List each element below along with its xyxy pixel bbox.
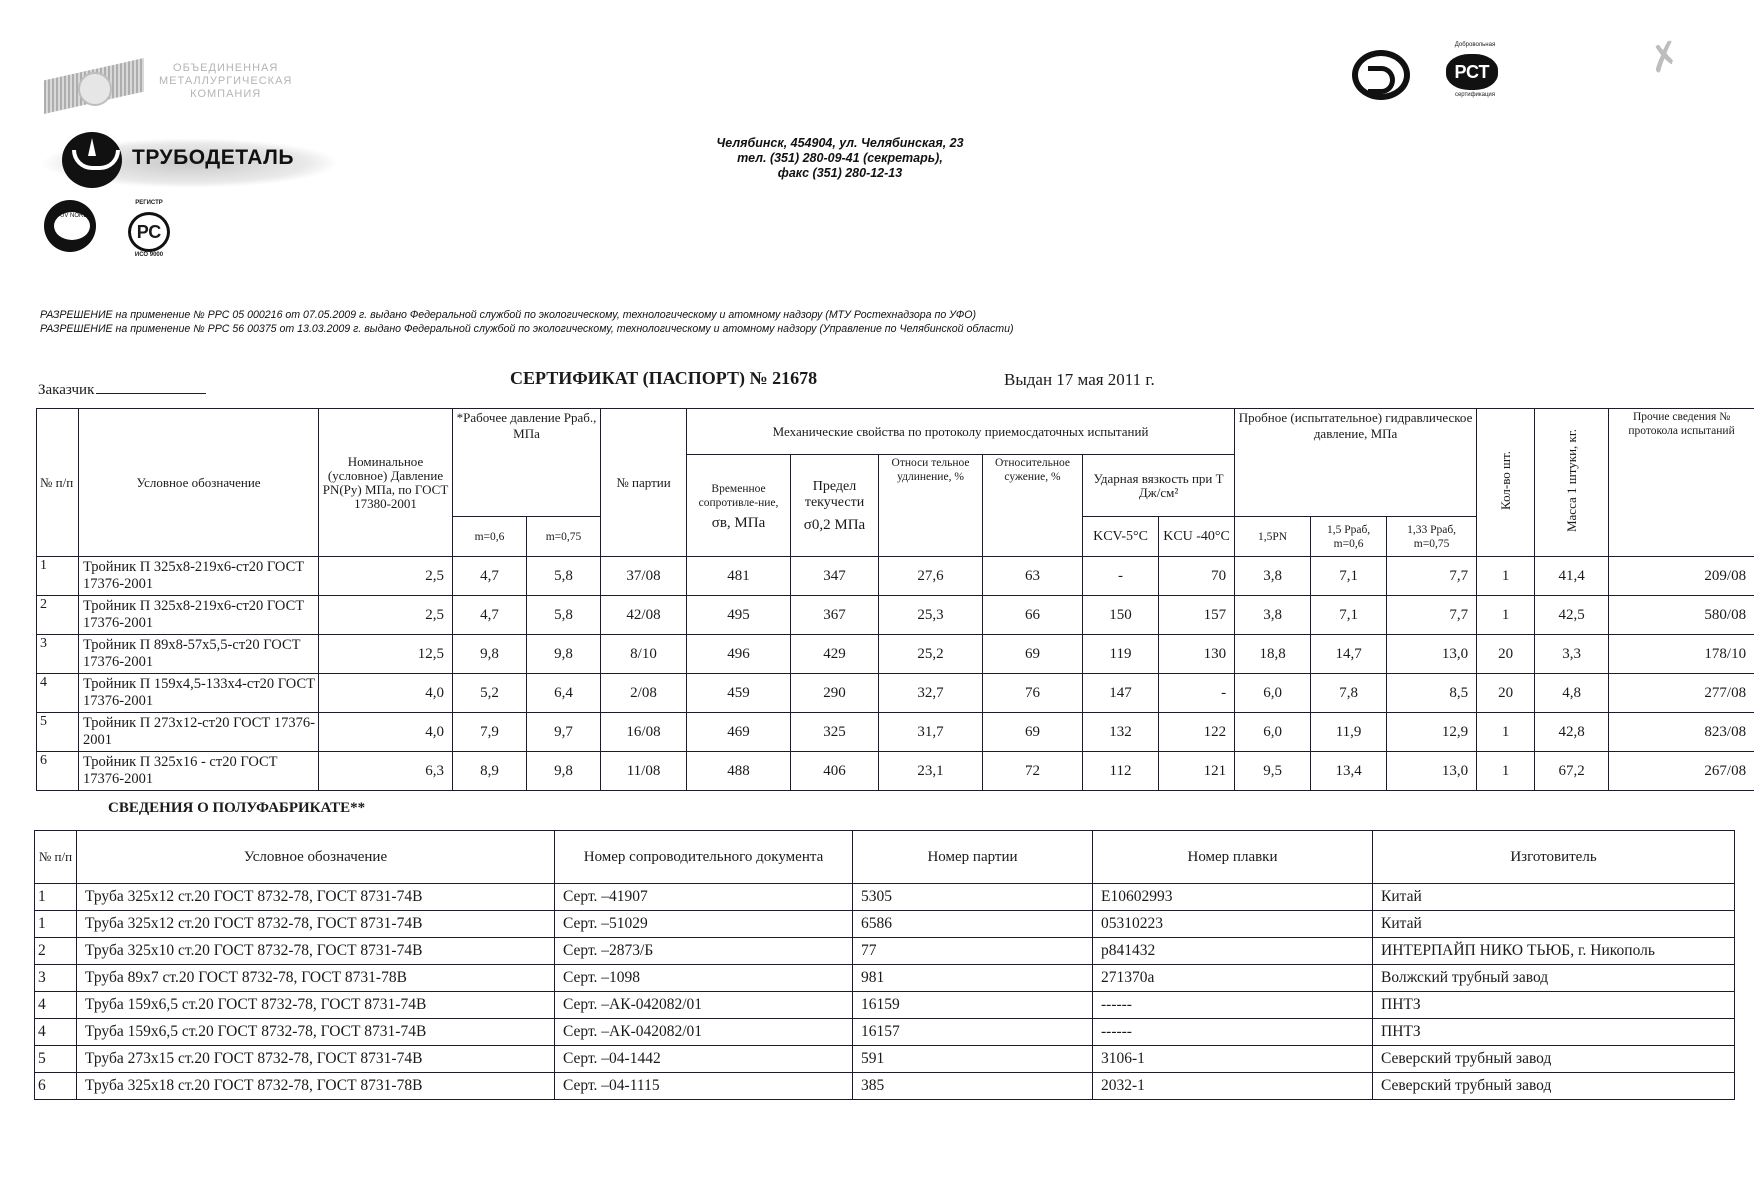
col-header-heat: Номер плавки xyxy=(1093,831,1373,884)
cell-n: 4 xyxy=(35,992,77,1019)
col-header-test-pressure: Пробное (испытательное) гидравлическое д… xyxy=(1235,409,1477,517)
cell-kcv: 150 xyxy=(1083,596,1159,635)
cell-p15: 7,1 xyxy=(1311,557,1387,596)
cell-batch: 2/08 xyxy=(601,674,687,713)
cell-mass: 4,8 xyxy=(1535,674,1609,713)
cell-name: Труба 159х6,5 ст.20 ГОСТ 8732-78, ГОСТ 8… xyxy=(77,1019,555,1046)
cell-heat: 271370a xyxy=(1093,965,1373,992)
cell-heat: 05310223 xyxy=(1093,911,1373,938)
table-row: 1Тройник П 325х8-219х6-ст20 ГОСТ 17376-2… xyxy=(37,557,1754,596)
cell-pn: 12,5 xyxy=(319,635,453,674)
cell-p15pn: 3,8 xyxy=(1235,596,1311,635)
cell-elong: 23,1 xyxy=(879,752,983,791)
cell-batch: 37/08 xyxy=(601,557,687,596)
cell-tensile: 496 xyxy=(687,635,791,674)
cell-kcv: 112 xyxy=(1083,752,1159,791)
cell-doc: Серт. –АК-042082/01 xyxy=(555,992,853,1019)
permits-block: РАЗРЕШЕНИЕ на применение № РРС 05 000216… xyxy=(40,308,1240,336)
cell-w06: 4,7 xyxy=(453,557,527,596)
company-address: Челябинск, 454904, ул. Челябинская, 23 т… xyxy=(650,136,1030,181)
cell-kcv: - xyxy=(1083,557,1159,596)
cell-kcu: 122 xyxy=(1159,713,1235,752)
cell-batch: 16157 xyxy=(853,1019,1093,1046)
col-header-tp-15pn: 1,5PN xyxy=(1235,517,1311,557)
cell-batch: 11/08 xyxy=(601,752,687,791)
cell-batch: 42/08 xyxy=(601,596,687,635)
col-header-reduction: Относительное сужение, % xyxy=(983,455,1083,557)
cell-tensile: 481 xyxy=(687,557,791,596)
table-row: 1Труба 325х12 ст.20 ГОСТ 8732-78, ГОСТ 8… xyxy=(35,884,1735,911)
cell-protocol: 209/08 xyxy=(1609,557,1754,596)
cell-w075: 9,8 xyxy=(527,635,601,674)
col-header-wp-m06: m=0,6 xyxy=(453,517,527,557)
cell-yield: 429 xyxy=(791,635,879,674)
cell-pn: 6,3 xyxy=(319,752,453,791)
col-header-manufacturer: Изготовитель xyxy=(1373,831,1735,884)
cell-kcv: 132 xyxy=(1083,713,1159,752)
col-header-mass: Масса 1 штуки, кг. xyxy=(1535,409,1609,557)
omk-logo-text: ОБЪЕДИНЕННАЯ МЕТАЛЛУРГИЧЕСКАЯ КОМПАНИЯ xyxy=(159,62,292,101)
cell-doc: Серт. –АК-042082/01 xyxy=(555,1019,853,1046)
cell-w06: 7,9 xyxy=(453,713,527,752)
cell-p15pn: 6,0 xyxy=(1235,674,1311,713)
table-row: 2Труба 325х10 ст.20 ГОСТ 8732-78, ГОСТ 8… xyxy=(35,938,1735,965)
products-table: № п/п Условное обозначение Номинальное (… xyxy=(36,408,1754,791)
cell-name: Труба 325х10 ст.20 ГОСТ 8732-78, ГОСТ 87… xyxy=(77,938,555,965)
cell-elong: 31,7 xyxy=(879,713,983,752)
cell-kcv: 119 xyxy=(1083,635,1159,674)
certificate-title: СЕРТИФИКАТ (ПАСПОРТ) № 21678 xyxy=(510,368,817,389)
cell-kcu: 157 xyxy=(1159,596,1235,635)
cell-maker: Волжский трубный завод xyxy=(1373,965,1735,992)
cell-maker: ИНТЕРПАЙП НИКО ТЬЮБ, г. Никополь xyxy=(1373,938,1735,965)
cell-n: 1 xyxy=(37,557,79,596)
cell-name: Тройник П 325х8-219х6-ст20 ГОСТ 17376-20… xyxy=(79,557,319,596)
cell-name: Тройник П 325х8-219х6-ст20 ГОСТ 17376-20… xyxy=(79,596,319,635)
cell-n: 2 xyxy=(37,596,79,635)
cell-qty: 20 xyxy=(1477,635,1535,674)
issue-date: Выдан 17 мая 2011 г. xyxy=(1004,370,1155,390)
cell-doc: Серт. –1098 xyxy=(555,965,853,992)
cell-p15: 7,8 xyxy=(1311,674,1387,713)
cell-maker: ПНТЗ xyxy=(1373,1019,1735,1046)
cell-kcu: - xyxy=(1159,674,1235,713)
cell-mass: 42,8 xyxy=(1535,713,1609,752)
cell-doc: Серт. –04-1115 xyxy=(555,1073,853,1100)
col-header-batch: № партии xyxy=(601,409,687,557)
table-row: 6Тройник П 325х16 - ст20 ГОСТ 17376-2001… xyxy=(37,752,1754,791)
omk-group-logo: ОБЪЕДИНЕННАЯ МЕТАЛЛУРГИЧЕСКАЯ КОМПАНИЯ xyxy=(44,50,344,120)
cell-heat: ------ xyxy=(1093,1019,1373,1046)
tuv-certification-badge-icon: TÜV NORD xyxy=(44,200,96,252)
rst-mark-icon: РС xyxy=(128,212,170,252)
permit-line: РАЗРЕШЕНИЕ на применение № РРС 56 00375 … xyxy=(40,322,1240,336)
cell-qty: 20 xyxy=(1477,674,1535,713)
cell-heat: ------ xyxy=(1093,992,1373,1019)
cell-w06: 9,8 xyxy=(453,635,527,674)
col-header-batch: Номер партии xyxy=(853,831,1093,884)
cell-protocol: 823/08 xyxy=(1609,713,1754,752)
cell-maker: ПНТЗ xyxy=(1373,992,1735,1019)
col-header-wp-m075: m=0,75 xyxy=(527,517,601,557)
col-header-index: № п/п xyxy=(37,409,79,557)
cell-n: 5 xyxy=(37,713,79,752)
cell-pn: 4,0 xyxy=(319,713,453,752)
col-header-quantity: Кол-во шт. xyxy=(1477,409,1535,557)
cell-batch: 77 xyxy=(853,938,1093,965)
cell-n: 1 xyxy=(35,884,77,911)
cell-p133: 7,7 xyxy=(1387,557,1477,596)
cell-reduct: 63 xyxy=(983,557,1083,596)
cell-name: Труба 325х12 ст.20 ГОСТ 8732-78, ГОСТ 87… xyxy=(77,911,555,938)
trubodetal-emblem-icon xyxy=(62,132,122,188)
table-row: 5Труба 273х15 ст.20 ГОСТ 8732-78, ГОСТ 8… xyxy=(35,1046,1735,1073)
cell-kcv: 147 xyxy=(1083,674,1159,713)
cell-w06: 4,7 xyxy=(453,596,527,635)
cell-batch: 981 xyxy=(853,965,1093,992)
cell-name: Труба 325х18 ст.20 ГОСТ 8732-78, ГОСТ 87… xyxy=(77,1073,555,1100)
cell-yield: 325 xyxy=(791,713,879,752)
voluntary-certification-badge: Добровольная РСТ сертификация xyxy=(1440,42,1510,102)
omk-circle-icon xyxy=(78,72,112,106)
col-header-tp-133: 1,33 Рраб, m=0,75 xyxy=(1387,517,1477,557)
cell-doc: Серт. –51029 xyxy=(555,911,853,938)
cell-p133: 7,7 xyxy=(1387,596,1477,635)
cell-n: 4 xyxy=(35,1019,77,1046)
rst-voluntary-mark-icon: РСТ xyxy=(1446,54,1498,90)
col-header-nominal-pressure: Номинальное (условное) Давление PN(Py) М… xyxy=(319,409,453,557)
cell-reduct: 72 xyxy=(983,752,1083,791)
table-row: 1Труба 325х12 ст.20 ГОСТ 8732-78, ГОСТ 8… xyxy=(35,911,1735,938)
cell-mass: 41,4 xyxy=(1535,557,1609,596)
cell-name: Труба 89х7 ст.20 ГОСТ 8732-78, ГОСТ 8731… xyxy=(77,965,555,992)
cell-p15: 11,9 xyxy=(1311,713,1387,752)
cell-qty: 1 xyxy=(1477,713,1535,752)
cell-batch: 16159 xyxy=(853,992,1093,1019)
semi-product-table: № п/п Условное обозначение Номер сопрово… xyxy=(34,830,1735,1100)
cell-protocol: 267/08 xyxy=(1609,752,1754,791)
cell-n: 6 xyxy=(37,752,79,791)
cell-elong: 27,6 xyxy=(879,557,983,596)
cell-name: Труба 325х12 ст.20 ГОСТ 8732-78, ГОСТ 87… xyxy=(77,884,555,911)
col-header-tp-15: 1,5 Рраб, m=0,6 xyxy=(1311,517,1387,557)
cell-yield: 367 xyxy=(791,596,879,635)
cell-tensile: 495 xyxy=(687,596,791,635)
cell-reduct: 76 xyxy=(983,674,1083,713)
cell-p15: 14,7 xyxy=(1311,635,1387,674)
cell-p133: 13,0 xyxy=(1387,752,1477,791)
cell-batch: 591 xyxy=(853,1046,1093,1073)
cell-elong: 25,2 xyxy=(879,635,983,674)
col-header-kcv: KCV-5°C xyxy=(1083,517,1159,557)
customer-blank-line xyxy=(96,393,206,394)
cell-yield: 290 xyxy=(791,674,879,713)
cell-pn: 2,5 xyxy=(319,557,453,596)
cell-doc: Серт. –04-1442 xyxy=(555,1046,853,1073)
cell-name: Тройник П 273х12-ст20 ГОСТ 17376-2001 xyxy=(79,713,319,752)
cell-w075: 9,8 xyxy=(527,752,601,791)
cell-reduct: 69 xyxy=(983,713,1083,752)
cell-p15pn: 9,5 xyxy=(1235,752,1311,791)
cell-name: Тройник П 159х4,5-133х4-ст20 ГОСТ 17376-… xyxy=(79,674,319,713)
col-header-mechanical-properties: Механические свойства по протоколу прием… xyxy=(687,409,1235,455)
cell-mass: 3,3 xyxy=(1535,635,1609,674)
col-header-protocol: Прочие сведения № протокола испытаний xyxy=(1609,409,1754,557)
col-header-elongation: Относи тельное удлинение, % xyxy=(879,455,983,557)
cell-name: Труба 159х6,5 ст.20 ГОСТ 8732-78, ГОСТ 8… xyxy=(77,992,555,1019)
cell-batch: 6586 xyxy=(853,911,1093,938)
register-certification-badge: РЕГИСТР РС ИСО 9000 xyxy=(118,200,178,260)
cell-kcu: 130 xyxy=(1159,635,1235,674)
cell-yield: 347 xyxy=(791,557,879,596)
table-row: 4Труба 159х6,5 ст.20 ГОСТ 8732-78, ГОСТ … xyxy=(35,992,1735,1019)
cell-tensile: 459 xyxy=(687,674,791,713)
cell-doc: Серт. –41907 xyxy=(555,884,853,911)
table-row: 6Труба 325х18 ст.20 ГОСТ 8732-78, ГОСТ 8… xyxy=(35,1073,1735,1100)
permit-line: РАЗРЕШЕНИЕ на применение № РРС 05 000216… xyxy=(40,308,1240,322)
cell-n: 3 xyxy=(35,965,77,992)
cell-elong: 32,7 xyxy=(879,674,983,713)
cell-reduct: 69 xyxy=(983,635,1083,674)
cell-batch: 385 xyxy=(853,1073,1093,1100)
cell-batch: 16/08 xyxy=(601,713,687,752)
cell-name: Тройник П 89х8-57х5,5-ст20 ГОСТ 17376-20… xyxy=(79,635,319,674)
cell-maker: Северский трубный завод xyxy=(1373,1073,1735,1100)
cell-n: 3 xyxy=(37,635,79,674)
cell-n: 6 xyxy=(35,1073,77,1100)
cell-heat: p841432 xyxy=(1093,938,1373,965)
cell-kcu: 70 xyxy=(1159,557,1235,596)
cell-w06: 5,2 xyxy=(453,674,527,713)
cell-heat: E10602993 xyxy=(1093,884,1373,911)
cell-p15pn: 6,0 xyxy=(1235,713,1311,752)
cell-p133: 13,0 xyxy=(1387,635,1477,674)
cell-p15pn: 3,8 xyxy=(1235,557,1311,596)
company-name: ТРУБОДЕТАЛЬ xyxy=(132,146,294,170)
cell-heat: 3106-1 xyxy=(1093,1046,1373,1073)
cell-qty: 1 xyxy=(1477,557,1535,596)
cell-batch: 8/10 xyxy=(601,635,687,674)
trubodetal-logo: ТРУБОДЕТАЛЬ xyxy=(40,130,360,200)
cell-protocol: 580/08 xyxy=(1609,596,1754,635)
cell-kcu: 121 xyxy=(1159,752,1235,791)
semi-product-title: СВЕДЕНИЯ О ПОЛУФАБРИКАТЕ** xyxy=(108,800,365,817)
col-header-yield: Предел текучестиσ0,2 МПа xyxy=(791,455,879,557)
cell-mass: 42,5 xyxy=(1535,596,1609,635)
cell-w075: 6,4 xyxy=(527,674,601,713)
cell-w075: 5,8 xyxy=(527,557,601,596)
cell-protocol: 277/08 xyxy=(1609,674,1754,713)
cell-protocol: 178/10 xyxy=(1609,635,1754,674)
cell-p133: 12,9 xyxy=(1387,713,1477,752)
cell-tensile: 469 xyxy=(687,713,791,752)
cell-yield: 406 xyxy=(791,752,879,791)
col-header-document: Номер сопроводительного документа xyxy=(555,831,853,884)
cell-reduct: 66 xyxy=(983,596,1083,635)
table-row: 2Тройник П 325х8-219х6-ст20 ГОСТ 17376-2… xyxy=(37,596,1754,635)
cell-p133: 8,5 xyxy=(1387,674,1477,713)
cell-n: 4 xyxy=(37,674,79,713)
table-row: 3Тройник П 89х8-57х5,5-ст20 ГОСТ 17376-2… xyxy=(37,635,1754,674)
cell-w075: 5,8 xyxy=(527,596,601,635)
cell-n: 5 xyxy=(35,1046,77,1073)
cell-name: Труба 273х15 ст.20 ГОСТ 8732-78, ГОСТ 87… xyxy=(77,1046,555,1073)
cell-doc: Серт. –2873/Б xyxy=(555,938,853,965)
cell-w06: 8,9 xyxy=(453,752,527,791)
cell-qty: 1 xyxy=(1477,596,1535,635)
cell-heat: 2032-1 xyxy=(1093,1073,1373,1100)
col-header-tensile: Временное сопротивле-ние,σв, МПа xyxy=(687,455,791,557)
cell-pn: 4,0 xyxy=(319,674,453,713)
cell-w075: 9,7 xyxy=(527,713,601,752)
col-header-designation: Условное обозначение xyxy=(77,831,555,884)
cell-n: 1 xyxy=(35,911,77,938)
cell-p15: 13,4 xyxy=(1311,752,1387,791)
cell-maker: Китай xyxy=(1373,884,1735,911)
col-header-working-pressure: *Рабочее давление Рраб., МПа xyxy=(453,409,601,517)
table-row: 5Тройник П 273х12-ст20 ГОСТ 17376-20014,… xyxy=(37,713,1754,752)
cell-maker: Северский трубный завод xyxy=(1373,1046,1735,1073)
col-header-impact-strength: Ударная вязкость при Т Дж/см² xyxy=(1083,455,1235,517)
signature-mark-icon: ✗ xyxy=(1643,22,1726,98)
customer-field: Заказчик xyxy=(38,382,206,399)
cell-qty: 1 xyxy=(1477,752,1535,791)
col-header-index: № п/п xyxy=(35,831,77,884)
cell-batch: 5305 xyxy=(853,884,1093,911)
cell-p15: 7,1 xyxy=(1311,596,1387,635)
cell-p15pn: 18,8 xyxy=(1235,635,1311,674)
cell-pn: 2,5 xyxy=(319,596,453,635)
cell-tensile: 488 xyxy=(687,752,791,791)
col-header-kcu: KCU -40°C xyxy=(1159,517,1235,557)
cell-mass: 67,2 xyxy=(1535,752,1609,791)
cell-elong: 25,3 xyxy=(879,596,983,635)
col-header-designation: Условное обозначение xyxy=(79,409,319,557)
cell-n: 2 xyxy=(35,938,77,965)
gost-r-mark-icon xyxy=(1352,50,1410,100)
cell-name: Тройник П 325х16 - ст20 ГОСТ 17376-2001 xyxy=(79,752,319,791)
table-row: 4Тройник П 159х4,5-133х4-ст20 ГОСТ 17376… xyxy=(37,674,1754,713)
cell-maker: Китай xyxy=(1373,911,1735,938)
table-row: 3Труба 89х7 ст.20 ГОСТ 8732-78, ГОСТ 873… xyxy=(35,965,1735,992)
table-row: 4Труба 159х6,5 ст.20 ГОСТ 8732-78, ГОСТ … xyxy=(35,1019,1735,1046)
